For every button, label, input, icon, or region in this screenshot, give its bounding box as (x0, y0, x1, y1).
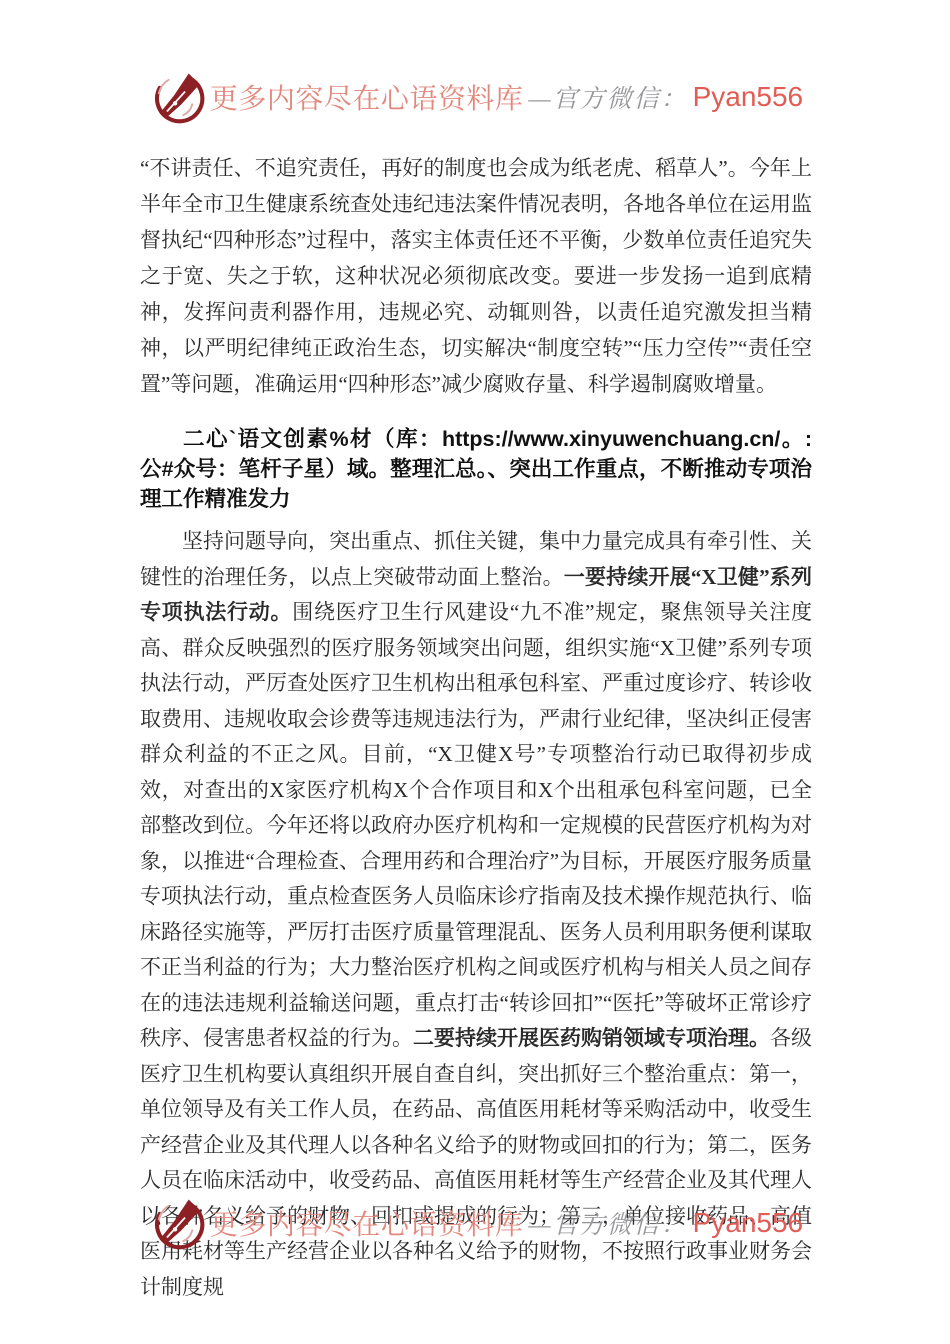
document-page: 更多内容尽在心语资料库 —官方微信： Pyan556 “不讲责任、不追究责任，再… (0, 0, 950, 1344)
wechat-label: —官方微信： (528, 79, 687, 115)
p3-normal-3: 各级医疗卫生机构要认真组织开展自查自纠，突出抓好三个整治重点：第一，单位领导及有… (140, 1026, 812, 1299)
header-watermark: 更多内容尽在心语资料库 —官方微信： Pyan556 (0, 68, 950, 126)
p3-normal-2: 围绕医疗卫生行风建设“九不准”规定，聚焦领导关注度高、群众反映强烈的医疗服务领域… (140, 600, 812, 1050)
footer-watermark: 更多内容尽在心语资料库 —官方微信： Pyan556 (0, 1194, 950, 1252)
wechat-label: —官方微信： (528, 1205, 687, 1241)
paragraph-responsibility: “不讲责任、不追究责任，再好的制度也会成为纸老虎、稻草人”。今年上半年全市卫生健… (140, 150, 812, 402)
brand-text: 更多内容尽在心语资料库 (210, 1203, 524, 1243)
paragraph-special-governance: 坚持问题导向，突出重点、抓住关键，集中力量完成具有牵引性、关键性的治理任务，以点… (140, 524, 812, 1305)
p3-bold-2: 二要持续开展医药购销领域专项治理。 (413, 1026, 770, 1050)
wechat-id: Pyan556 (693, 1207, 804, 1239)
document-body: “不讲责任、不追究责任，再好的制度也会成为纸老虎、稻草人”。今年上半年全市卫生健… (140, 150, 812, 1305)
paragraph-source-heading: 二心`语文创素%材（库：https://www.xinyuwenchuang.c… (140, 424, 812, 514)
pen-seal-logo-icon (147, 1194, 205, 1252)
wechat-id: Pyan556 (693, 81, 804, 113)
pen-seal-logo-icon (147, 68, 205, 126)
brand-text: 更多内容尽在心语资料库 (210, 77, 524, 117)
